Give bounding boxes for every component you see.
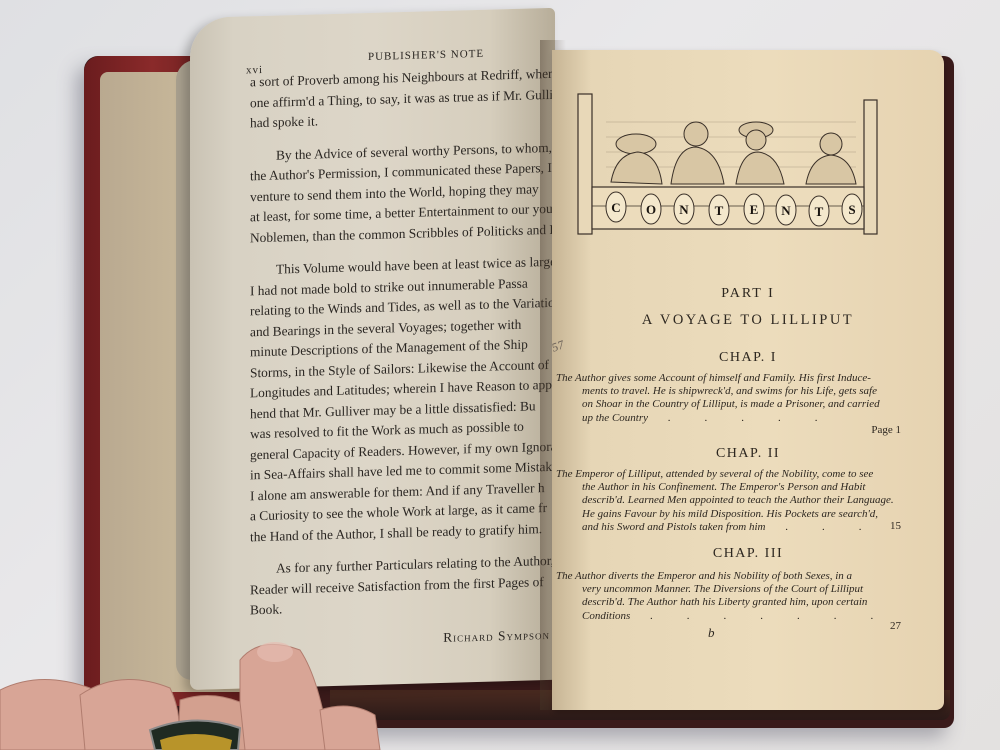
left-page: xvi PUBLISHER'S NOTE a sort of Proverb a… [190, 8, 555, 690]
chapter-summary: The Author diverts the Emperor and his N… [556, 570, 901, 623]
leader-dots: ....... [630, 610, 907, 622]
summary-line: describ'd. The Author hath his Liberty g… [556, 596, 901, 609]
summary-line: The Author diverts the Emperor and his N… [556, 570, 901, 583]
paragraph-2: By the Advice of several worthy Persons,… [250, 137, 550, 248]
chapter-summary: The Author gives some Account of himself… [556, 372, 901, 425]
illustration-letter: N [781, 203, 791, 218]
illustration-letter: C [611, 200, 620, 215]
summary-line: up the Country [582, 412, 648, 424]
photo-scene: xvi PUBLISHER'S NOTE a sort of Proverb a… [0, 0, 1000, 750]
hand-icon [0, 640, 420, 750]
paragraph-3: This Volume would have been at least twi… [250, 252, 550, 547]
chapter-heading: CHAP. II [552, 446, 944, 462]
paragraph-4: As for any further Particulars relating … [250, 551, 550, 621]
illustration-letter: S [848, 202, 855, 217]
leader-dots: ..... [648, 412, 852, 424]
chapter-heading: CHAP. I [552, 350, 944, 366]
summary-line: and his Sword and Pistols taken from him [582, 521, 765, 533]
chapter-heading: CHAP. III [552, 546, 944, 562]
illustration-letter: E [750, 202, 759, 217]
stocks-illustration-icon: C O N T E N T S [566, 92, 891, 242]
chapter-page-number: 27 [890, 620, 901, 633]
summary-line: on Shoar in the Country of Lilliput, is … [556, 398, 901, 411]
paragraph-1: a sort of Proverb among his Neighbours a… [250, 64, 550, 134]
summary-line: The Author gives some Account of himself… [556, 372, 901, 385]
chapter-page-number: Page 1 [871, 424, 901, 437]
left-page-content: xvi PUBLISHER'S NOTE a sort of Proverb a… [250, 42, 550, 653]
illustration-letter: T [715, 203, 724, 218]
part-heading: PART I [552, 286, 944, 302]
leader-dots: ... [765, 521, 895, 533]
chapter-page-number: 15 [890, 520, 901, 533]
contents-illustration: C O N T E N T S [566, 92, 891, 242]
summary-line: The Emperor of Lilliput, attended by sev… [556, 468, 901, 481]
summary-line: describ'd. Learned Men appointed to teac… [556, 494, 901, 507]
illustration-letter: O [646, 202, 656, 217]
illustration-letter: N [679, 202, 689, 217]
summary-line: He gains Favour by his mild Disposition.… [556, 508, 901, 521]
running-head-title: PUBLISHER'S NOTE [368, 44, 484, 68]
page-folio: xvi [246, 60, 263, 81]
chapter-summary: The Emperor of Lilliput, attended by sev… [556, 468, 901, 534]
right-page: C O N T E N T S PART [552, 50, 944, 710]
summary-line: very uncommon Manner. The Diversions of … [556, 583, 901, 596]
summary-line: the Author in his Confinement. The Emper… [556, 481, 901, 494]
printer-signature-mark: b [708, 626, 715, 639]
illustration-letter: T [815, 204, 824, 219]
voyage-heading: A VOYAGE TO LILLIPUT [552, 312, 944, 329]
summary-line: ments to travel. He is shipwreck'd, and … [556, 385, 901, 398]
summary-line: Conditions [582, 610, 630, 622]
